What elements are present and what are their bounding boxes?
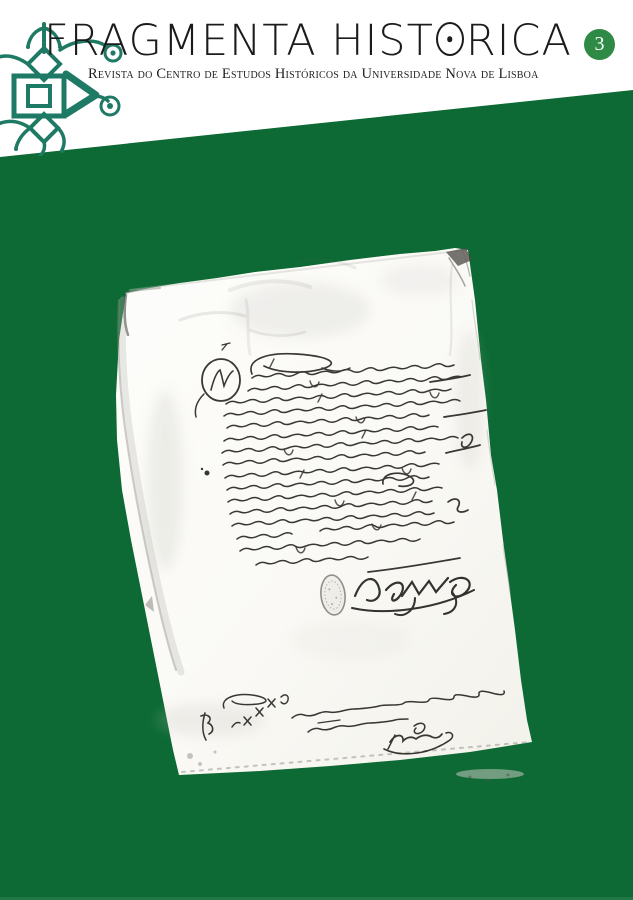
issue-number: 3 (595, 33, 605, 56)
journal-subtitle: Revista do Centro de Estudos Históricos … (88, 66, 539, 83)
issue-number-badge: 3 (584, 29, 615, 60)
manuscript-image (116, 248, 532, 782)
dotted-o-center-dot (447, 36, 453, 42)
header: FRAGMENTA HISTRICA Revista do Centro de … (0, 0, 633, 160)
dotted-o-glyph (436, 22, 464, 56)
journal-cover: { "header": { "title": "FRAGMENTA HISTOR… (0, 0, 633, 900)
title-text-pre: FRAGMENTA HIST (44, 16, 434, 66)
title-text-post: RICA (466, 16, 572, 66)
journal-title: FRAGMENTA HISTRICA (44, 20, 572, 63)
